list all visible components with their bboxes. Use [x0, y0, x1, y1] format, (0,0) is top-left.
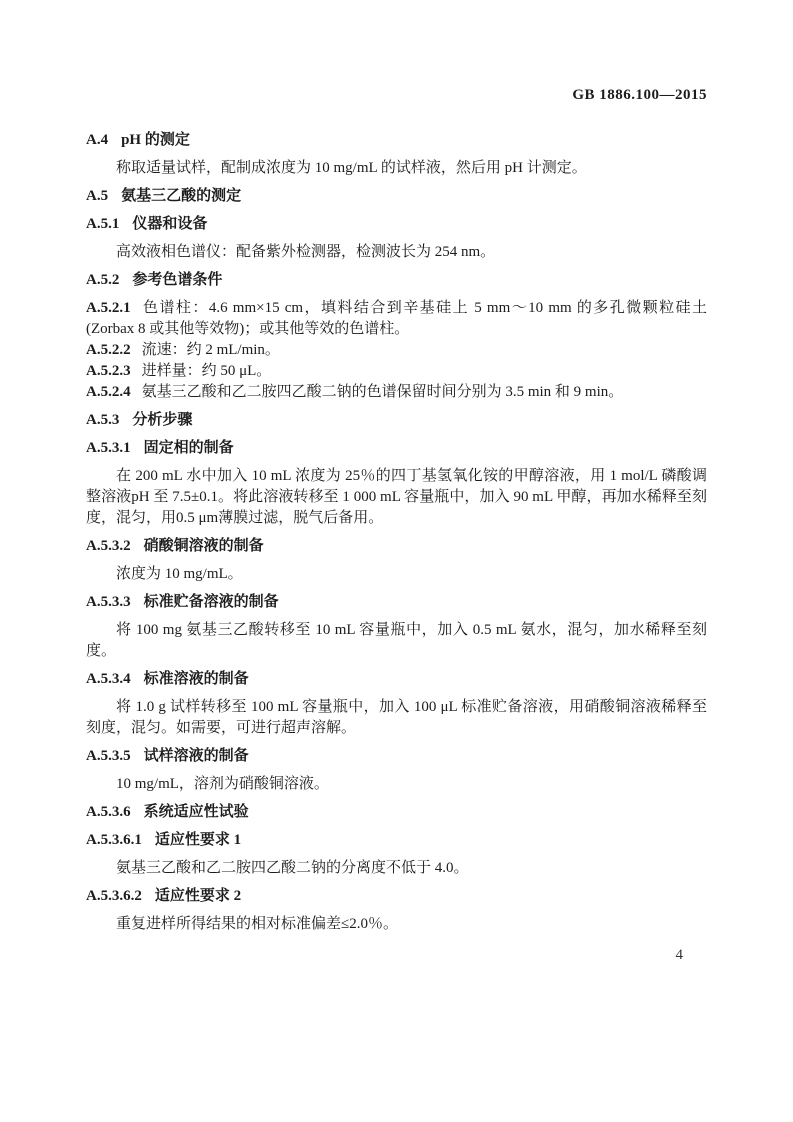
clause-number: A.5.3.2	[86, 538, 131, 554]
clause-text: 适应性要求 2	[155, 888, 241, 904]
clause-text: 标准贮备溶液的制备	[144, 594, 279, 610]
numbered-clause: A.5.2.3进样量：约 50 μL。	[86, 361, 707, 382]
standard-document-page: GB 1886.100—2015 A.4pH 的测定称取适量试样，配制成浓度为 …	[0, 0, 793, 1122]
clause-text: 仪器和设备	[132, 216, 207, 232]
clause-number: A.5.3.1	[86, 440, 131, 456]
section-heading: A.4pH 的测定	[86, 130, 707, 151]
clause-text: 固定相的制备	[144, 440, 234, 456]
clause-text: 进样量：约 50 μL。	[142, 363, 272, 379]
paragraph: 将 1.0 g 试样转移至 100 mL 容量瓶中，加入 100 μL 标准贮备…	[86, 697, 707, 739]
clause-number: A.5.1	[86, 216, 119, 232]
clause-number: A.5.3.5	[86, 748, 131, 764]
section-heading: A.5.3.2硝酸铜溶液的制备	[86, 536, 707, 557]
clause-number: A.5.2	[86, 272, 119, 288]
section-heading: A.5.3.5试样溶液的制备	[86, 746, 707, 767]
clause-text: 分析步骤	[132, 412, 192, 428]
clause-number: A.5.2.2	[86, 342, 131, 358]
clause-text: 标准溶液的制备	[144, 671, 249, 687]
section-heading: A.5.3.6.2适应性要求 2	[86, 886, 707, 907]
clause-text: 硝酸铜溶液的制备	[144, 538, 264, 554]
clause-text: 适应性要求 1	[155, 832, 241, 848]
clause-number: A.5.2.4	[86, 384, 131, 400]
numbered-clause: A.5.2.1色谱柱：4.6 mm×15 cm，填料结合到辛基硅上 5 mm～1…	[86, 298, 707, 340]
section-heading: A.5.1仪器和设备	[86, 214, 707, 235]
paragraph: 将 100 mg 氨基三乙酸转移至 10 mL 容量瓶中，加入 0.5 mL 氨…	[86, 620, 707, 662]
clause-text: 参考色谱条件	[132, 272, 222, 288]
clause-number: A.5.3.4	[86, 671, 131, 687]
clause-text: 流速：约 2 mL/min。	[142, 342, 280, 358]
paragraph: 在 200 mL 水中加入 10 mL 浓度为 25％的四丁基氢氧化铵的甲醇溶液…	[86, 466, 707, 529]
clause-number: A.5.2.1	[86, 300, 131, 316]
clause-text: 氨基三乙酸的测定	[121, 188, 241, 204]
clause-text: 氨基三乙酸和乙二胺四乙酸二钠的色谱保留时间分别为 3.5 min 和 9 min…	[142, 384, 624, 400]
clause-number: A.4	[86, 132, 108, 148]
document-body: A.4pH 的测定称取适量试样，配制成浓度为 10 mg/mL 的试样液，然后用…	[86, 130, 707, 935]
document-code-header: GB 1886.100—2015	[86, 85, 707, 106]
paragraph: 氨基三乙酸和乙二胺四乙酸二钠的分离度不低于 4.0。	[86, 858, 707, 879]
numbered-clause: A.5.2.4氨基三乙酸和乙二胺四乙酸二钠的色谱保留时间分别为 3.5 min …	[86, 382, 707, 403]
section-heading: A.5.3.4标准溶液的制备	[86, 669, 707, 690]
paragraph: 10 mg/mL，溶剂为硝酸铜溶液。	[86, 774, 707, 795]
clause-text: 试样溶液的制备	[144, 748, 249, 764]
clause-number: A.5	[86, 188, 108, 204]
clause-number: A.5.3.6.1	[86, 832, 142, 848]
clause-number: A.5.3.6.2	[86, 888, 142, 904]
paragraph: 浓度为 10 mg/mL。	[86, 564, 707, 585]
numbered-clause: A.5.2.2流速：约 2 mL/min。	[86, 340, 707, 361]
section-heading: A.5.3分析步骤	[86, 410, 707, 431]
section-heading: A.5.2参考色谱条件	[86, 270, 707, 291]
clause-number: A.5.3.3	[86, 594, 131, 610]
paragraph: 重复进样所得结果的相对标准偏差≤2.0％。	[86, 914, 707, 935]
clause-number: A.5.2.3	[86, 363, 131, 379]
section-heading: A.5.3.3标准贮备溶液的制备	[86, 592, 707, 613]
clause-text: 系统适应性试验	[144, 804, 249, 820]
clause-number: A.5.3.6	[86, 804, 131, 820]
paragraph: 高效液相色谱仪：配备紫外检测器，检测波长为 254 nm。	[86, 242, 707, 263]
section-heading: A.5.3.1固定相的制备	[86, 438, 707, 459]
page-number: 4	[86, 945, 707, 966]
paragraph: 称取适量试样，配制成浓度为 10 mg/mL 的试样液，然后用 pH 计测定。	[86, 158, 707, 179]
section-heading: A.5氨基三乙酸的测定	[86, 186, 707, 207]
section-heading: A.5.3.6.1适应性要求 1	[86, 830, 707, 851]
clause-text: 色谱柱：4.6 mm×15 cm，填料结合到辛基硅上 5 mm～10 mm 的多…	[86, 300, 707, 337]
clause-number: A.5.3	[86, 412, 119, 428]
section-heading: A.5.3.6系统适应性试验	[86, 802, 707, 823]
clause-text: pH 的测定	[121, 132, 190, 148]
